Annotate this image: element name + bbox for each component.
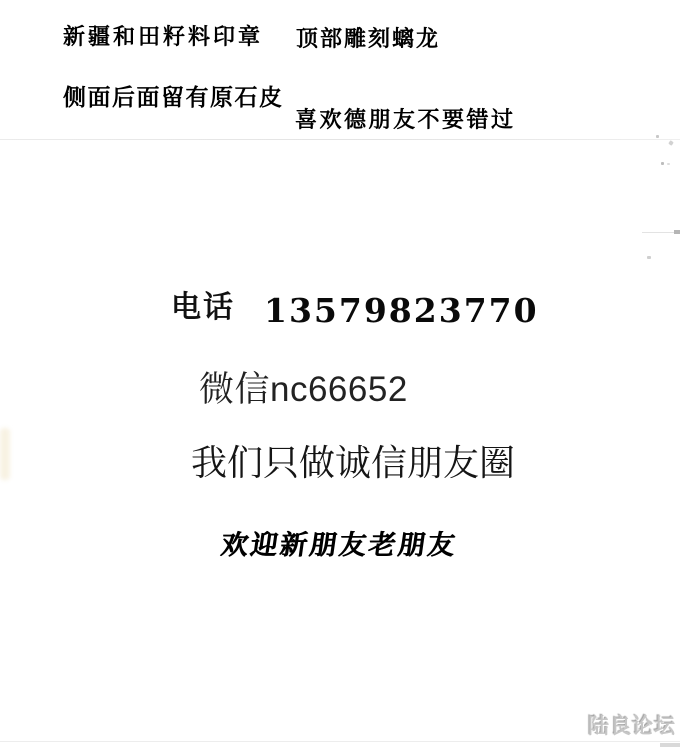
welcome-slogan: 欢迎新朋友老朋友 [219,532,459,559]
promo-image: 新疆和田籽料印章 顶部雕刻螭龙 侧面后面留有原石皮 喜欢德朋友不要错过 电话 1… [0,0,680,747]
noise-speck [647,256,651,259]
forum-watermark: 陆良论坛 [588,716,676,737]
side-note-caption: 侧面后面留有原石皮 [63,86,284,109]
noise-speck [667,163,670,165]
stitch-seam-bottom [0,741,680,742]
noise-speck [656,135,659,138]
trust-slogan: 我们只做诚信朋友圈 [191,445,515,481]
noise-hairline-dash [674,230,680,234]
phone-label: 电话 [171,293,235,323]
cta-caption: 喜欢德朋友不要错过 [295,109,516,131]
carving-caption: 顶部雕刻螭龙 [296,28,440,50]
edge-smudge [0,428,10,480]
corner-artifact [660,743,680,747]
material-caption: 新疆和田籽料印章 [63,26,263,48]
noise-speck [668,140,674,146]
noise-speck [661,162,664,165]
phone-number: 13579823770 [264,294,539,327]
stitch-seam-top [0,139,680,140]
wechat-id: 微信nc66652 [199,372,408,407]
